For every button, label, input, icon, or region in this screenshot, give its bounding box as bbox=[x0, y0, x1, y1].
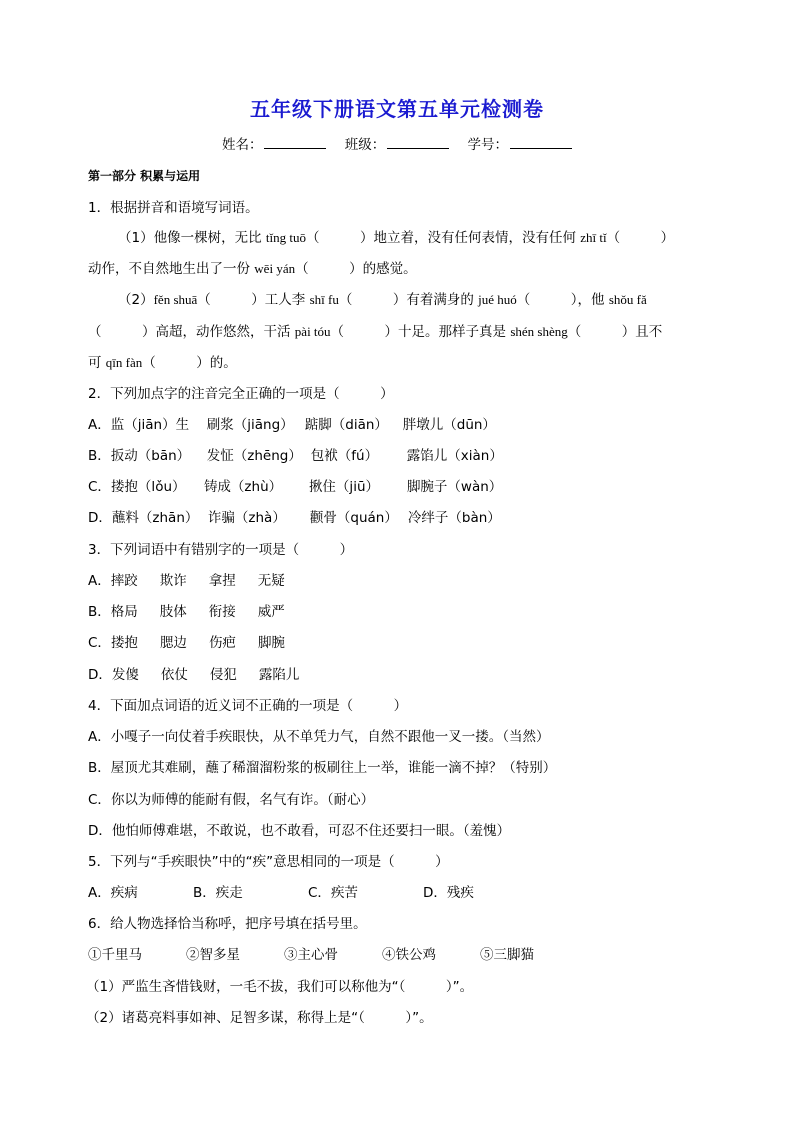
option-label: D． bbox=[88, 667, 112, 683]
option-text: 小嘎子一向仗着手疾眼快，从不单凭力气，自然不跟他一叉一搂。（当然） bbox=[111, 729, 550, 745]
option-item: 刷浆（jiāng） bbox=[207, 416, 305, 434]
option-item: 依仗 bbox=[161, 666, 210, 684]
class-label: 班级： bbox=[345, 137, 386, 153]
option-label: A． bbox=[88, 729, 111, 745]
text: 可 bbox=[88, 355, 106, 371]
option-label: A． bbox=[88, 885, 111, 901]
option-item: 侵犯 bbox=[210, 666, 259, 684]
option-item: 铸成（zhù） bbox=[204, 478, 309, 496]
text: （ ）工人李 bbox=[197, 292, 309, 308]
exam-page: 五年级下册语文第五单元检测卷 姓名： 班级： 学号： 第一部分 积累与运用 1．… bbox=[0, 0, 794, 1123]
pinyin: pài tóu bbox=[295, 324, 331, 339]
q4-option-d[interactable]: D．他怕师傅难堪，不敢说，也不敢看，可忍不住还要扫一眼。（羞愧） bbox=[88, 822, 510, 840]
id-label: 学号： bbox=[468, 137, 509, 153]
option-label: B． bbox=[193, 885, 216, 901]
name-label: 姓名： bbox=[222, 137, 263, 153]
q1-part1-line1: （1）他像一棵树，无比 tǐng tuō（ ）地立着，没有任何表情，没有任何 z… bbox=[118, 229, 674, 247]
id-blank[interactable] bbox=[510, 137, 572, 149]
option-text: 疾病 bbox=[111, 885, 138, 901]
q1-part2-line1: （2）fěn shuā（ ）工人李 shī fu（ ）有着满身的 jué huó… bbox=[118, 291, 647, 309]
q3-option-a[interactable]: A．摔跤欺诈拿捏无疑 bbox=[88, 572, 285, 590]
pinyin: qīn fàn bbox=[106, 355, 142, 370]
q1-part1-line2: 动作，不自然地生出了一份 wēi yán（ ）的感觉。 bbox=[88, 260, 417, 278]
option-text: 屋顶尤其难刷，蘸了稀溜溜粉浆的板刷往上一举，谁能一滴不掉？（特别） bbox=[111, 760, 557, 776]
pinyin: tǐng tuō bbox=[266, 230, 306, 245]
option-label: C． bbox=[308, 885, 331, 901]
option-item: 无疑 bbox=[258, 572, 285, 590]
option-item: 露馅儿（xiàn） bbox=[407, 447, 503, 465]
option-item: 冷绊子（bàn） bbox=[408, 509, 501, 527]
q5-options: A．疾病B．疾走C．疾苦D．残疾 bbox=[88, 884, 474, 902]
option-item: 诈骗（zhà） bbox=[208, 509, 310, 527]
option-text: 疾苦 bbox=[331, 885, 358, 901]
section-heading: 第一部分 积累与运用 bbox=[88, 167, 200, 185]
option-label: C． bbox=[88, 635, 111, 651]
pinyin: wēi yán bbox=[254, 261, 295, 276]
option-item: 颧骨（quán） bbox=[310, 509, 408, 527]
option-item: 包袱（fú） bbox=[311, 447, 407, 465]
option-label: B． bbox=[88, 760, 111, 776]
q6-sub1: （1）严监生吝惜钱财，一毛不拔，我们可以称他为“（ ）”。 bbox=[86, 978, 473, 996]
choice-item: ③主心骨 bbox=[284, 946, 382, 964]
text: （ ）且不 bbox=[568, 324, 663, 340]
q4-option-c[interactable]: C．你以为师傅的能耐有假，名气有诈。（耐心） bbox=[88, 791, 374, 809]
q4-option-b[interactable]: B．屋顶尤其难刷，蘸了稀溜溜粉浆的板刷往上一举，谁能一滴不掉？（特别） bbox=[88, 759, 556, 777]
option-text: 残疾 bbox=[447, 885, 474, 901]
text: （ ）有着满身的 bbox=[339, 292, 478, 308]
q2-stem: 2．下列加点字的注音完全正确的一项是（ ） bbox=[88, 385, 394, 403]
choice-item: ②智多星 bbox=[186, 946, 284, 964]
q3-option-c[interactable]: C．搂抱腮边伤疤脚腕 bbox=[88, 634, 285, 652]
q4-stem: 4．下面加点词语的近义词不正确的一项是（ ） bbox=[88, 697, 407, 715]
q2-option-b[interactable]: B．扳动（bān）发怔（zhēng）包袱（fú）露馅儿（xiàn） bbox=[88, 447, 503, 465]
text: （ ），他 bbox=[517, 292, 609, 308]
option-text: 你以为师傅的能耐有假，名气有诈。（耐心） bbox=[111, 792, 374, 808]
q3-option-b[interactable]: B．格局肢体衔接威严 bbox=[88, 603, 285, 621]
text: （2） bbox=[118, 292, 154, 308]
option-item: 搂抱（lǒu） bbox=[111, 478, 204, 496]
option-label: B． bbox=[88, 448, 111, 464]
text: （ ）地立着，没有任何表情，没有任何 bbox=[306, 230, 580, 246]
pinyin: shén shèng bbox=[510, 324, 567, 339]
option-label: B． bbox=[88, 604, 111, 620]
option-item: 胖墩儿（dūn） bbox=[403, 416, 496, 434]
option-item: 脚腕子（wàn） bbox=[407, 478, 502, 496]
option-item: 扳动（bān） bbox=[111, 447, 207, 465]
q2-option-d[interactable]: D．蘸料（zhān）诈骗（zhà）颧骨（quán）冷绊子（bàn） bbox=[88, 509, 501, 527]
option-item: 肢体 bbox=[160, 603, 209, 621]
text: （ ）十足。那样子真是 bbox=[331, 324, 511, 340]
option-label: D． bbox=[88, 823, 112, 839]
option-item: 搂抱 bbox=[111, 634, 160, 652]
q3-stem: 3．下列词语中有错别字的一项是（ ） bbox=[88, 541, 353, 559]
q2-option-c[interactable]: C．搂抱（lǒu）铸成（zhù）揪住（jiū）脚腕子（wàn） bbox=[88, 478, 502, 496]
option-item: 发傻 bbox=[112, 666, 161, 684]
option-item: 格局 bbox=[111, 603, 160, 621]
q5-option-b[interactable]: B．疾走 bbox=[193, 884, 308, 902]
text: （ ）高超，动作悠然，干活 bbox=[88, 324, 295, 340]
option-item: 踮脚（diān） bbox=[305, 416, 403, 434]
option-item: 威严 bbox=[258, 603, 285, 621]
option-item: 露陷儿 bbox=[259, 666, 300, 684]
option-item: 脚腕 bbox=[258, 634, 285, 652]
choice-item: ⑤三脚猫 bbox=[480, 946, 534, 964]
q5-option-c[interactable]: C．疾苦 bbox=[308, 884, 423, 902]
option-item: 腮边 bbox=[160, 634, 209, 652]
option-label: C． bbox=[88, 479, 111, 495]
page-title: 五年级下册语文第五单元检测卷 bbox=[0, 93, 794, 122]
option-text: 疾走 bbox=[216, 885, 243, 901]
option-item: 衔接 bbox=[209, 603, 258, 621]
q6-sub2: （2）诸葛亮料事如神、足智多谋，称得上是“（ ）”。 bbox=[86, 1009, 433, 1027]
text: （ ）的。 bbox=[142, 355, 237, 371]
text: （ ）的感觉。 bbox=[295, 261, 417, 277]
option-label: C． bbox=[88, 792, 111, 808]
option-label: D． bbox=[88, 510, 112, 526]
text: 动作，不自然地生出了一份 bbox=[88, 261, 254, 277]
q6-choices: ①千里马②智多星③主心骨④铁公鸡⑤三脚猫 bbox=[88, 946, 534, 964]
q5-stem: 5．下列与“手疾眼快”中的“疾”意思相同的一项是（ ） bbox=[88, 853, 449, 871]
q4-option-a[interactable]: A．小嘎子一向仗着手疾眼快，从不单凭力气，自然不跟他一叉一搂。（当然） bbox=[88, 728, 550, 746]
pinyin: zhī tǐ bbox=[580, 230, 606, 245]
q3-option-d[interactable]: D．发傻依仗侵犯露陷儿 bbox=[88, 666, 299, 684]
option-item: 蘸料（zhān） bbox=[112, 509, 208, 527]
class-blank[interactable] bbox=[387, 137, 449, 149]
option-label: A． bbox=[88, 573, 111, 589]
option-item: 监（jiān）生 bbox=[111, 416, 207, 434]
q6-stem: 6．给人物选择恰当称呼，把序号填在括号里。 bbox=[88, 915, 367, 933]
text: （1）他像一棵树，无比 bbox=[118, 230, 266, 246]
option-item: 揪住（jiū） bbox=[309, 478, 407, 496]
option-item: 摔跤 bbox=[111, 572, 160, 590]
choice-item: ④铁公鸡 bbox=[382, 946, 480, 964]
text: （ ） bbox=[607, 230, 675, 246]
q1-stem: 1．根据拼音和语境写词语。 bbox=[88, 199, 259, 217]
pinyin: shǒu fǎ bbox=[609, 292, 647, 307]
q2-option-a[interactable]: A．监（jiān）生刷浆（jiāng）踮脚（diān）胖墩儿（dūn） bbox=[88, 416, 496, 434]
student-info: 姓名： 班级： 学号： bbox=[0, 133, 794, 153]
pinyin: jué huó bbox=[478, 292, 517, 307]
option-label: A． bbox=[88, 417, 111, 433]
name-blank[interactable] bbox=[264, 137, 326, 149]
option-text: 他怕师傅难堪，不敢说，也不敢看，可忍不住还要扫一眼。（羞愧） bbox=[112, 823, 510, 839]
choice-item: ①千里马 bbox=[88, 946, 186, 964]
option-item: 拿捏 bbox=[209, 572, 258, 590]
option-item: 发怔（zhēng） bbox=[207, 447, 311, 465]
q1-part2-line2: （ ）高超，动作悠然，干活 pài tóu（ ）十足。那样子真是 shén sh… bbox=[88, 323, 662, 341]
option-label: D． bbox=[423, 885, 447, 901]
option-item: 欺诈 bbox=[160, 572, 209, 590]
q5-option-a[interactable]: A．疾病 bbox=[88, 884, 193, 902]
option-item: 伤疤 bbox=[209, 634, 258, 652]
pinyin: fěn shuā bbox=[154, 292, 198, 307]
pinyin: shī fu bbox=[310, 292, 339, 307]
q1-part2-line3: 可 qīn fàn（ ）的。 bbox=[88, 354, 237, 372]
q5-option-d[interactable]: D．残疾 bbox=[423, 884, 474, 902]
